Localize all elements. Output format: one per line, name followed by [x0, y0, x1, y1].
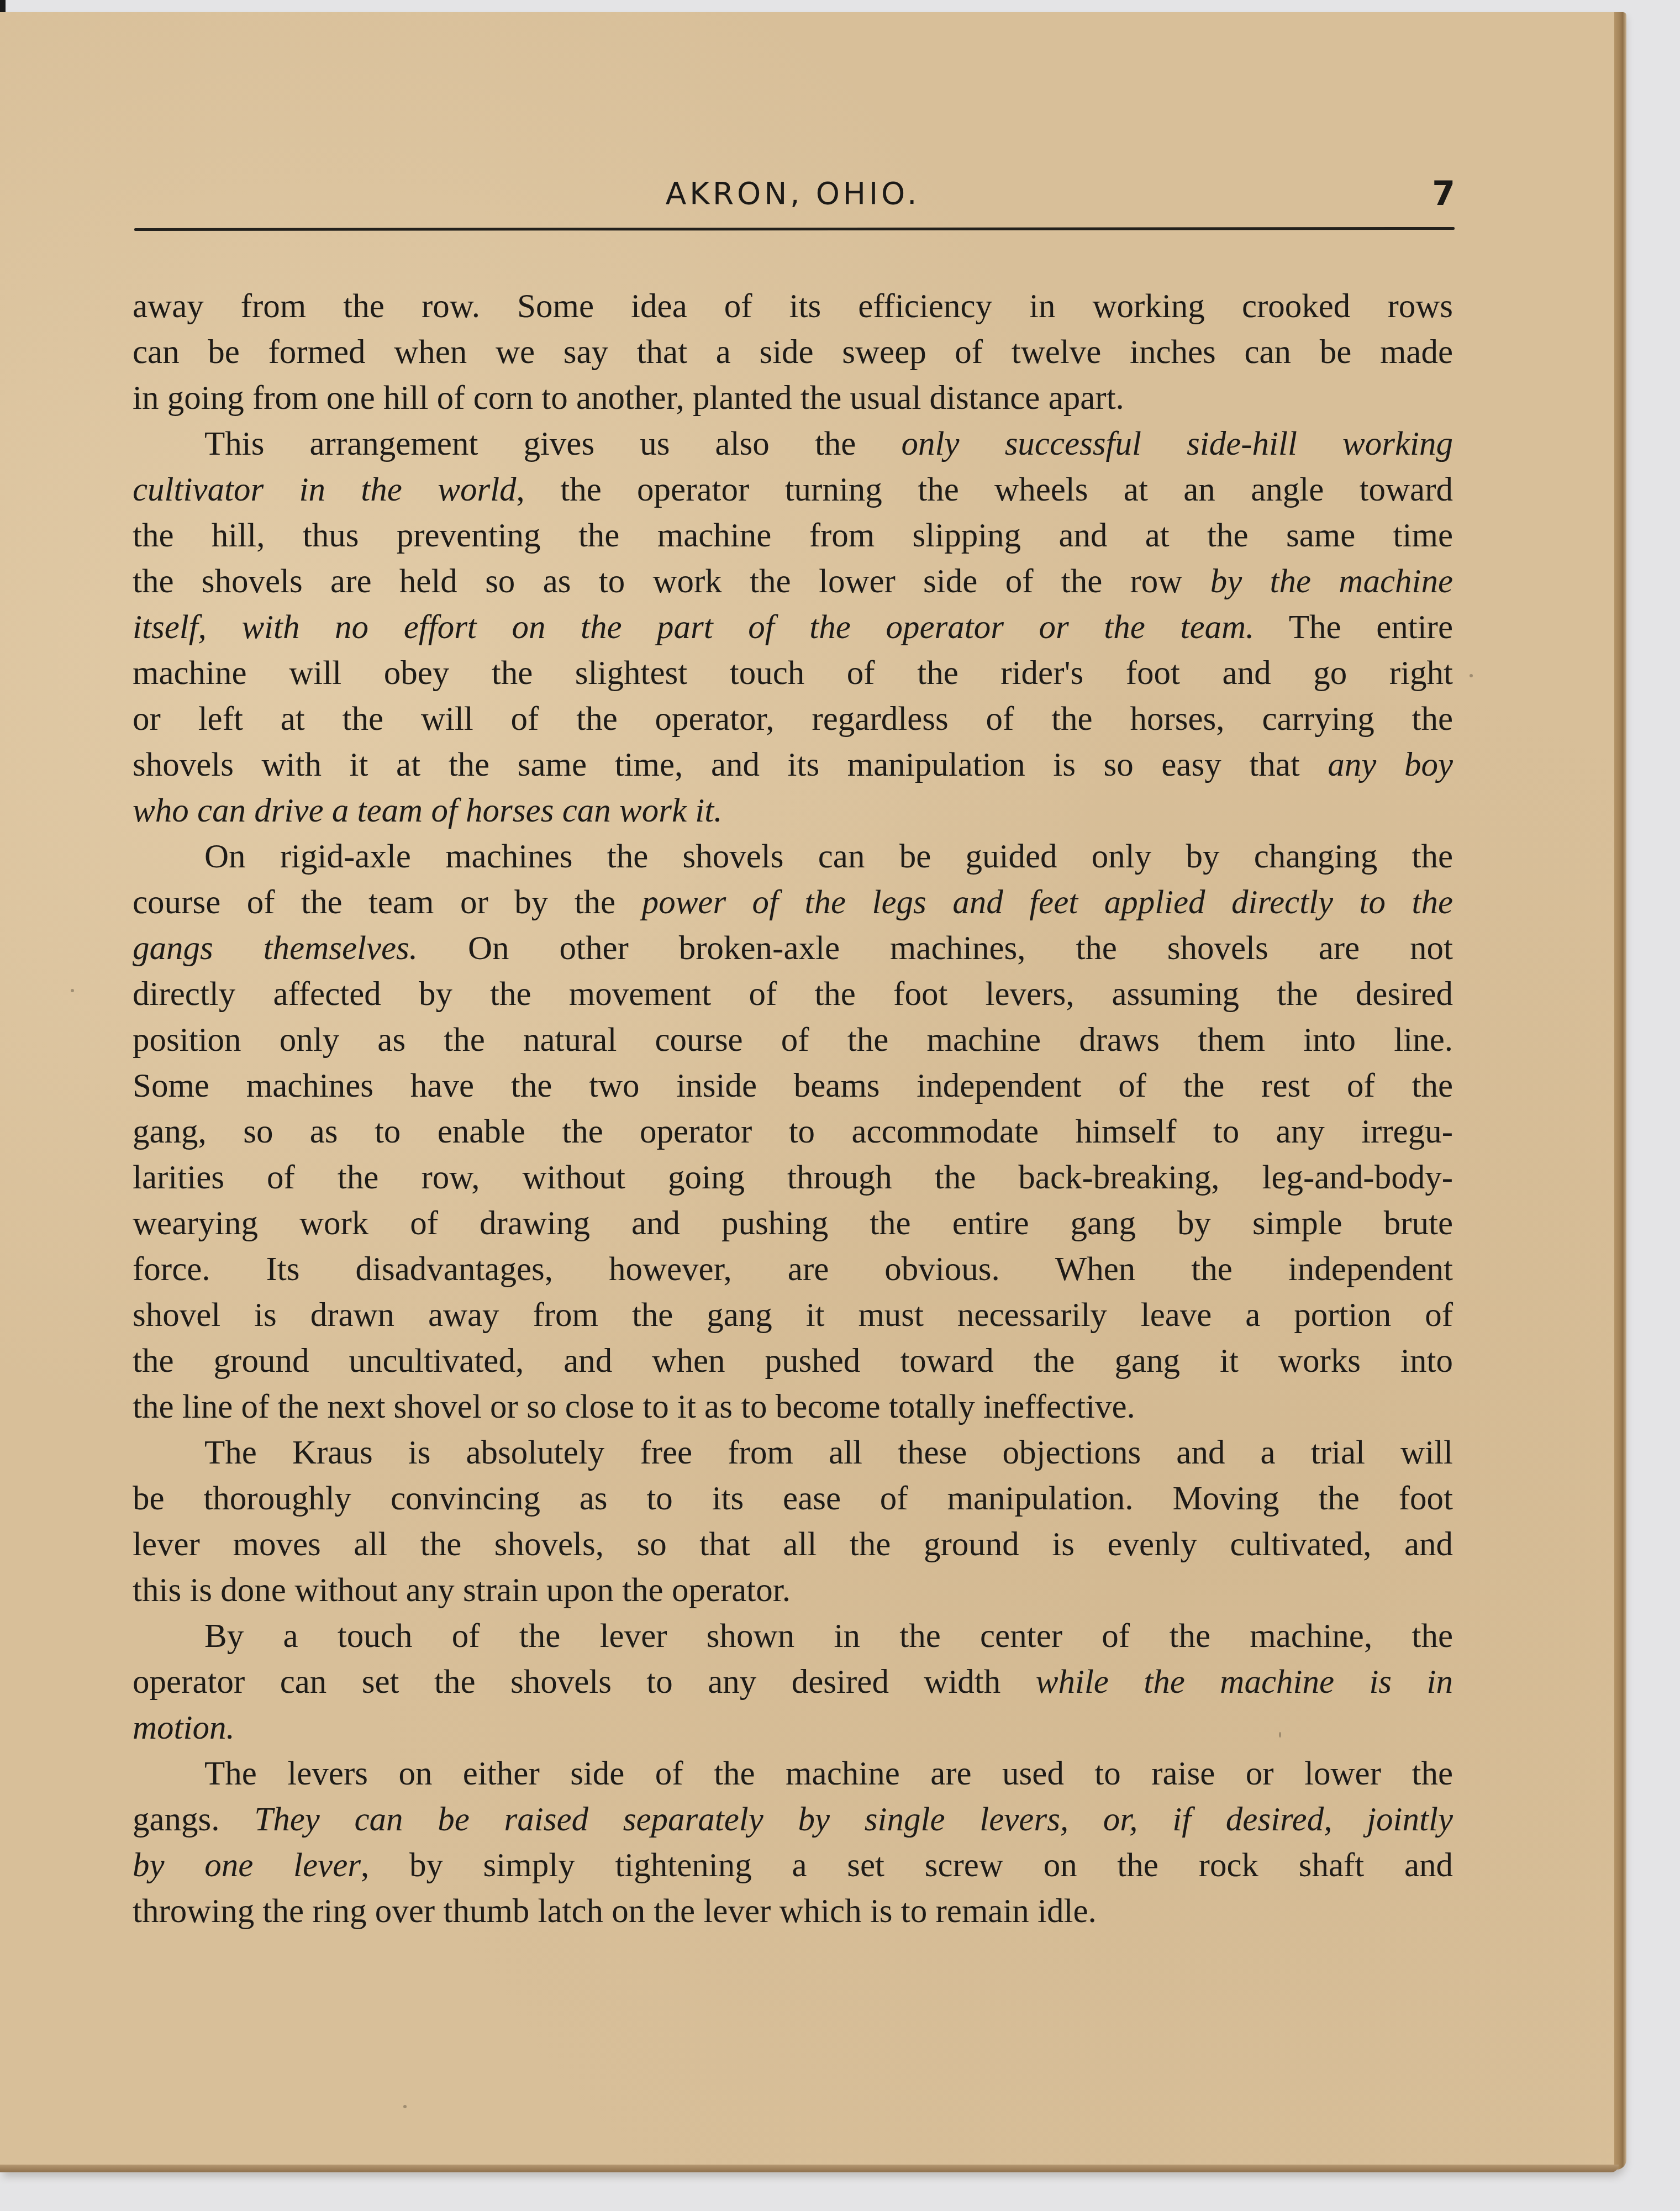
text-segment: , the operator turning the wheels at an … [517, 471, 1453, 508]
text-line: wearying work of drawing and pushing the… [133, 1201, 1453, 1246]
italic-text-segment: power of the legs and feet applied direc… [642, 884, 1453, 921]
text-line: The levers on either side of the machine… [133, 1751, 1453, 1797]
italic-text-segment: who can drive a team of horses can work … [133, 792, 722, 829]
text-segment: the line of the next shovel or so close … [133, 1388, 1135, 1425]
text-segment: On other broken-axle machines, the shove… [418, 930, 1453, 967]
text-segment: the shovels are held so as to work the l… [133, 563, 1210, 600]
text-segment: shovels with it at the same time, and it… [133, 746, 1328, 783]
page-edge-right [1614, 12, 1626, 2170]
text-line: On rigid-axle machines the shovels can b… [133, 834, 1453, 880]
text-line: gangs. They can be raised separately by … [133, 1797, 1453, 1842]
text-segment: or left at the will of the operator, reg… [133, 701, 1453, 738]
italic-text-segment: any boy [1328, 746, 1453, 783]
text-line: the ground uncultivated, and when pushed… [133, 1338, 1453, 1384]
body-text: away from the row. Some idea of its effi… [133, 283, 1453, 1934]
paper-speck [71, 989, 74, 992]
text-line: the shovels are held so as to work the l… [133, 559, 1453, 604]
text-line: itself, with no effort on the part of th… [133, 604, 1453, 650]
text-line: gangs themselves. On other broken-axle m… [133, 925, 1453, 971]
text-line: directly affected by the movement of the… [133, 971, 1453, 1017]
text-segment: directly affected by the movement of the… [133, 976, 1453, 1013]
paragraph: The Kraus is absolutely free from all th… [133, 1430, 1453, 1613]
text-segment: in going from one hill of corn to anothe… [133, 380, 1124, 417]
text-line: The Kraus is absolutely free from all th… [133, 1430, 1453, 1476]
italic-text-segment: They can be raised separately by single … [254, 1801, 1453, 1838]
italic-text-segment: itself, with no effort on the part of th… [133, 609, 1254, 646]
text-segment: gang, so as to enable the operator to ac… [133, 1113, 1453, 1150]
text-segment: This arrangement gives us also the [204, 425, 902, 462]
text-segment: lever moves all the shovels, so that all… [133, 1526, 1453, 1563]
italic-text-segment: by one lever [133, 1847, 361, 1884]
text-segment: , by simply tightening a set screw on th… [361, 1847, 1453, 1884]
text-line: shovels with it at the same time, and it… [133, 742, 1453, 788]
scan-corner-shadow [0, 0, 6, 12]
paragraph: By a touch of the lever shown in the cen… [133, 1613, 1453, 1751]
text-segment: position only as the natural course of t… [133, 1022, 1453, 1059]
text-line: throwing the ring over thumb latch on th… [133, 1888, 1453, 1934]
text-line: this is done without any strain upon the… [133, 1567, 1453, 1613]
text-line: the line of the next shovel or so close … [133, 1384, 1453, 1430]
text-segment: By a touch of the lever shown in the cen… [204, 1618, 1453, 1655]
text-segment: the hill, thus preventing the machine fr… [133, 517, 1453, 554]
text-line: be thoroughly convincing as to its ease … [133, 1476, 1453, 1522]
italic-text-segment: motion. [133, 1709, 235, 1746]
text-segment: larities of the row, without going throu… [133, 1159, 1453, 1196]
text-line: away from the row. Some idea of its effi… [133, 283, 1453, 329]
text-segment: The levers on either side of the machine… [204, 1755, 1453, 1792]
text-line: By a touch of the lever shown in the cen… [133, 1613, 1453, 1659]
running-header: AKRON, OHIO. 7 [133, 176, 1453, 220]
text-line: in going from one hill of corn to anothe… [133, 375, 1453, 421]
text-line: larities of the row, without going throu… [133, 1155, 1453, 1201]
text-line: the hill, thus preventing the machine fr… [133, 513, 1453, 559]
paragraph: The levers on either side of the machine… [133, 1751, 1453, 1934]
text-segment: The Kraus is absolutely free from all th… [204, 1434, 1453, 1471]
text-segment: this is done without any strain upon the… [133, 1572, 791, 1609]
header-title: AKRON, OHIO. [146, 176, 1440, 212]
italic-text-segment: gangs themselves. [133, 930, 418, 967]
text-line: Some machines have the two inside beams … [133, 1063, 1453, 1109]
text-segment: operator can set the shovels to any desi… [133, 1663, 1036, 1701]
page-number: 7 [1432, 175, 1455, 213]
italic-text-segment: only successful side-hill working [902, 425, 1453, 462]
text-line: lever moves all the shovels, so that all… [133, 1522, 1453, 1567]
text-segment: force. Its disadvantages, however, are o… [133, 1251, 1453, 1288]
text-segment: away from the row. Some idea of its effi… [133, 288, 1453, 325]
text-segment: can be formed when we say that a side sw… [133, 334, 1453, 371]
text-segment: throwing the ring over thumb latch on th… [133, 1893, 1097, 1930]
text-segment: be thoroughly convincing as to its ease … [133, 1480, 1453, 1517]
paragraph: away from the row. Some idea of its effi… [133, 283, 1453, 421]
text-line: gang, so as to enable the operator to ac… [133, 1109, 1453, 1155]
text-line: who can drive a team of horses can work … [133, 788, 1453, 834]
text-segment: wearying work of drawing and pushing the… [133, 1205, 1453, 1242]
page-edge-bottom [0, 2165, 1619, 2172]
text-line: force. Its disadvantages, however, are o… [133, 1246, 1453, 1292]
text-line: by one lever, by simply tightening a set… [133, 1842, 1453, 1888]
text-line: cultivator in the world, the operator tu… [133, 467, 1453, 513]
text-line: can be formed when we say that a side sw… [133, 329, 1453, 375]
text-line: operator can set the shovels to any desi… [133, 1659, 1453, 1705]
text-line: This arrangement gives us also the only … [133, 421, 1453, 467]
paper-speck [1470, 674, 1473, 677]
text-line: position only as the natural course of t… [133, 1017, 1453, 1063]
text-line: course of the team or by the power of th… [133, 880, 1453, 925]
italic-text-segment: while the machine is in [1036, 1663, 1453, 1701]
text-line: shovel is drawn away from the gang it mu… [133, 1292, 1453, 1338]
paper-speck [1279, 1732, 1281, 1738]
text-line: or left at the will of the operator, reg… [133, 696, 1453, 742]
paper-speck [403, 2105, 407, 2108]
text-line: motion. [133, 1705, 1453, 1751]
text-segment: shovel is drawn away from the gang it mu… [133, 1297, 1453, 1334]
paragraph: On rigid-axle machines the shovels can b… [133, 834, 1453, 1430]
text-segment: The entire [1254, 609, 1453, 646]
text-segment: On rigid-axle machines the shovels can b… [204, 838, 1453, 875]
italic-text-segment: cultivator in the world [133, 471, 517, 508]
paragraph: This arrangement gives us also the only … [133, 421, 1453, 834]
text-segment: the ground uncultivated, and when pushed… [133, 1343, 1453, 1380]
text-segment: course of the team or by the [133, 884, 642, 921]
text-segment: gangs. [133, 1801, 254, 1838]
text-segment: Some machines have the two inside beams … [133, 1067, 1453, 1104]
italic-text-segment: by the machine [1210, 563, 1453, 600]
text-line: machine will obey the slightest touch of… [133, 650, 1453, 696]
text-segment: machine will obey the slightest touch of… [133, 655, 1453, 692]
